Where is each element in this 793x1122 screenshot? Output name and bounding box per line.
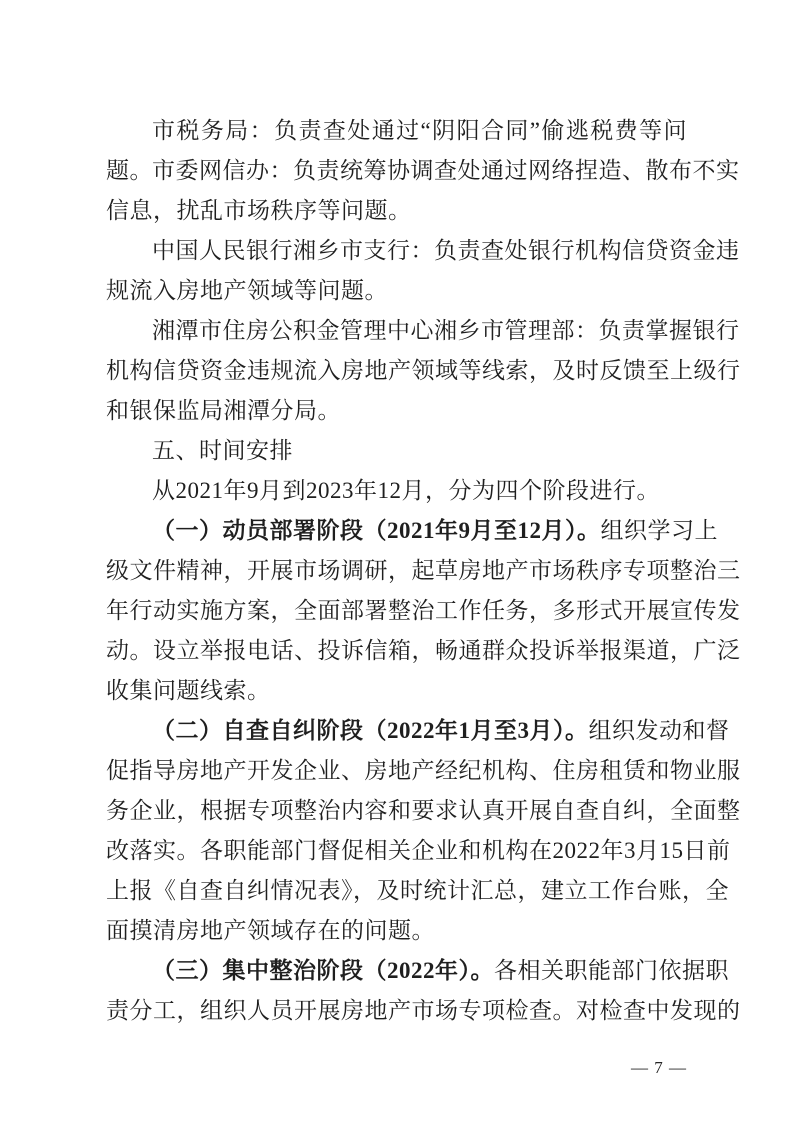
doc-line-text: 各相关职能部门依据职 (494, 958, 729, 983)
doc-line: 从2021年9月到2023年12月，分为四个阶段进行。 (106, 471, 687, 511)
paragraph-schedule-overview: 从2021年9月到2023年12月，分为四个阶段进行。 (106, 471, 687, 511)
doc-line: （二）自查自纠阶段（2022年1月至3月）。组织发动和督 (106, 711, 687, 751)
paragraph-phase-3-rectification: （三）集中整治阶段（2022年）。各相关职能部门依据职 责分工，组织人员开展房地… (106, 951, 687, 1031)
doc-line: （三）集中整治阶段（2022年）。各相关职能部门依据职 (106, 951, 687, 991)
document-page: 市税务局：负责查处通过“阴阳合同”偷逃税费等问题。 市委网信办：负责统筹协调查处… (0, 0, 793, 1122)
doc-line: 改落实。各职能部门督促相关企业和机构在2022年3月15日前 (106, 831, 687, 871)
doc-line: 收集问题线索。 (106, 671, 687, 711)
doc-line: 机构信贷资金违规流入房地产领域等线索，及时反馈至上级行 (106, 351, 687, 391)
paragraph-phase-2-self-inspection: （二）自查自纠阶段（2022年1月至3月）。组织发动和督 促指导房地产开发企业、… (106, 711, 687, 951)
phase-3-heading: （三）集中整治阶段（2022年）。 (152, 958, 494, 983)
doc-line: 市税务局：负责查处通过“阴阳合同”偷逃税费等问题。 (106, 111, 687, 151)
doc-line: 中国人民银行湘乡市支行：负责查处银行机构信贷资金违 (106, 231, 687, 271)
doc-line: 市委网信办：负责统筹协调查处通过网络捏造、散布不实 (106, 151, 687, 191)
document-body: 市税务局：负责查处通过“阴阳合同”偷逃税费等问题。 市委网信办：负责统筹协调查处… (106, 111, 687, 1031)
phase-1-heading: （一）动员部署阶段（2021年9月至12月）。 (152, 518, 601, 543)
doc-line-text: 组织学习上 (601, 518, 719, 543)
doc-line: 上报《自查自纠情况表》，及时统计汇总，建立工作台账，全 (106, 871, 687, 911)
doc-line: 年行动实施方案，全面部署整治工作任务，多形式开展宣传发 (106, 591, 687, 631)
paragraph-tax-bureau: 市税务局：负责查处通过“阴阳合同”偷逃税费等问题。 (106, 111, 687, 151)
paragraph-peoples-bank: 中国人民银行湘乡市支行：负责查处银行机构信贷资金违 规流入房地产领域等问题。 (106, 231, 687, 311)
page-number: — 7 — (106, 1056, 687, 1080)
section-heading-schedule: 五、时间安排 (106, 431, 687, 471)
paragraph-housing-fund-center: 湘潭市住房公积金管理中心湘乡市管理部：负责掌握银行 机构信贷资金违规流入房地产领… (106, 311, 687, 431)
doc-line: 级文件精神，开展市场调研，起草房地产市场秩序专项整治三 (106, 551, 687, 591)
doc-line: 面摸清房地产领域存在的问题。 (106, 911, 687, 951)
doc-line-text: 组织发动和督 (589, 718, 730, 743)
doc-line: 规流入房地产领域等问题。 (106, 271, 687, 311)
doc-line: 促指导房地产开发企业、房地产经纪机构、住房租赁和物业服 (106, 751, 687, 791)
doc-line: 湘潭市住房公积金管理中心湘乡市管理部：负责掌握银行 (106, 311, 687, 351)
paragraph-phase-1-mobilization: （一）动员部署阶段（2021年9月至12月）。组织学习上 级文件精神，开展市场调… (106, 511, 687, 711)
section-heading-line: 五、时间安排 (106, 431, 687, 471)
doc-line: （一）动员部署阶段（2021年9月至12月）。组织学习上 (106, 511, 687, 551)
doc-line: 和银保监局湘潭分局。 (106, 391, 687, 431)
paragraph-cyberspace-office: 市委网信办：负责统筹协调查处通过网络捏造、散布不实 信息，扰乱市场秩序等问题。 (106, 151, 687, 231)
doc-line: 务企业，根据专项整治内容和要求认真开展自查自纠，全面整 (106, 791, 687, 831)
doc-line: 信息，扰乱市场秩序等问题。 (106, 191, 687, 231)
phase-2-heading: （二）自查自纠阶段（2022年1月至3月）。 (152, 718, 589, 743)
doc-line: 责分工，组织人员开展房地产市场专项检查。对检查中发现的 (106, 991, 687, 1031)
doc-line: 动。设立举报电话、投诉信箱，畅通群众投诉举报渠道，广泛 (106, 631, 687, 671)
